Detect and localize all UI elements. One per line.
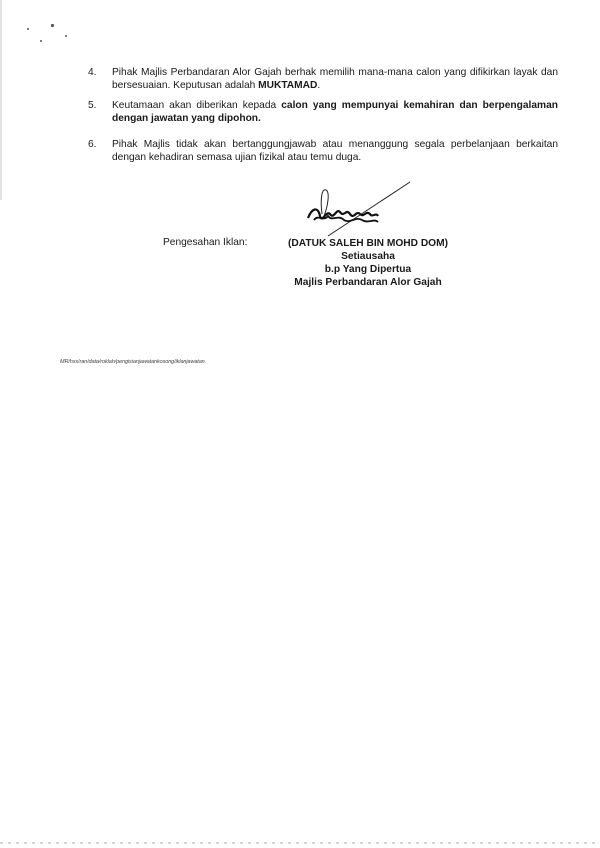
scan-speck: [40, 40, 42, 42]
signatory-on-behalf: b.p Yang Dipertua: [281, 263, 455, 276]
clause-text: Keutamaan akan diberikan kepada calon ya…: [112, 99, 558, 125]
scan-edge: [0, 0, 2, 200]
clause-number: 4.: [88, 66, 108, 79]
clause-number: 5.: [88, 99, 108, 112]
clause-6: 6. Pihak Majlis tidak akan bertanggungja…: [88, 138, 558, 164]
text-run: Pihak Majlis Perbandaran Alor Gajah berh…: [112, 67, 558, 91]
text-run: Keutamaan akan diberikan kepada: [112, 100, 281, 111]
text-run: Pihak Majlis tidak akan bertanggungjawab…: [112, 139, 558, 163]
scan-speck: [27, 28, 29, 30]
signature-icon: [298, 178, 418, 240]
text-run: .: [317, 80, 320, 91]
signatory-title: Setiausaha: [281, 250, 455, 263]
clause-text: Pihak Majlis Perbandaran Alor Gajah berh…: [112, 66, 558, 92]
clause-5: 5. Keutamaan akan diberikan kepada calon…: [88, 99, 558, 125]
endorsement-label: Pengesahan Iklan:: [163, 237, 247, 248]
scan-bottom-edge: [0, 842, 600, 844]
scan-speck: [65, 35, 67, 37]
clause-text: Pihak Majlis tidak akan bertanggungjawab…: [112, 138, 558, 164]
signatory-block: (DATUK SALEH BIN MOHD DOM) Setiausaha b.…: [281, 237, 455, 289]
bold-text: MUKTAMAD: [258, 80, 317, 91]
scan-speck: [51, 24, 54, 27]
document-page: 4. Pihak Majlis Perbandaran Alor Gajah b…: [0, 0, 600, 848]
signatory-name: (DATUK SALEH BIN MOHD DOM): [281, 237, 455, 250]
signatory-organization: Majlis Perbandaran Alor Gajah: [281, 276, 455, 289]
file-reference: MR/hss/ran/data/roklah/pengisianjawatank…: [60, 359, 206, 365]
clause-number: 6.: [88, 138, 108, 151]
clause-4: 4. Pihak Majlis Perbandaran Alor Gajah b…: [88, 66, 558, 92]
